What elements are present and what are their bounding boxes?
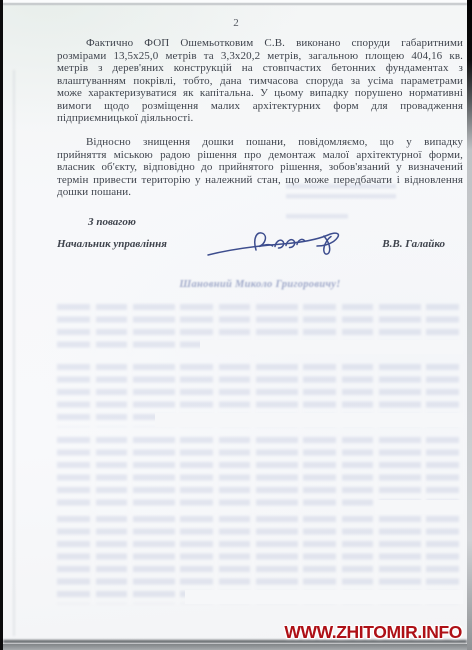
paper-patch bbox=[155, 413, 463, 427]
paragraph-line: вимоги щодо розміщення малих архітектурн… bbox=[57, 100, 463, 113]
paragraph-line: може характеризуватися як капітальна. У … bbox=[57, 87, 463, 100]
handwritten-signature bbox=[204, 225, 354, 265]
paper-fold-shadow bbox=[13, 70, 15, 636]
paragraph-line: прийняття міською радою рішення про демо… bbox=[57, 149, 463, 162]
paragraph-honor-board: Відносно знищення дошки пошани, повідомл… bbox=[57, 136, 463, 199]
paragraph-structure-description: Фактично ФОП Ошемьотковим С.В. виконано … bbox=[57, 37, 463, 125]
paragraph-line: Відносно знищення дошки пошани, повідомл… bbox=[57, 136, 463, 149]
site-watermark: WWW.ZHITOMIR.INFO bbox=[284, 622, 462, 643]
closing-salutation: З повагою bbox=[88, 216, 136, 228]
paper-patch bbox=[185, 590, 463, 604]
paragraph-line: Фактично ФОП Ошемьотковим С.В. виконано … bbox=[57, 37, 463, 50]
paragraph-line: термін привести територію у належний ста… bbox=[57, 174, 463, 187]
paragraph-line: розмірами 13,5х25,0 метрів та 3,3х20,2 м… bbox=[57, 50, 463, 63]
paper-patch bbox=[375, 500, 463, 514]
signatory-name: В.В. Галайко bbox=[382, 238, 445, 250]
signatory-title: Начальник управління bbox=[57, 238, 167, 250]
paper-patch bbox=[200, 340, 463, 354]
paragraph-line: власник об'єкту, відповідно до прийнятог… bbox=[57, 161, 463, 174]
bleedthrough-fragment bbox=[286, 214, 348, 224]
paragraph-line: влаштуванням покрівлі, тобто, дана тимча… bbox=[57, 75, 463, 88]
paragraph-line: підприємницької діяльності. bbox=[57, 112, 463, 125]
paragraph-line: дошки пошани. bbox=[57, 186, 463, 199]
scan-edge-left bbox=[0, 0, 3, 650]
page-number: 2 bbox=[0, 17, 472, 29]
paper-top-edge-shadow bbox=[3, 3, 467, 5]
bleedthrough-salutation: Шановний Миколо Григоровичу! bbox=[57, 279, 463, 290]
scan-edge-bottom bbox=[0, 644, 472, 650]
scan-edge-right bbox=[467, 0, 472, 650]
paragraph-line: метрів з дерев'яних конструкцій на стовп… bbox=[57, 62, 463, 75]
